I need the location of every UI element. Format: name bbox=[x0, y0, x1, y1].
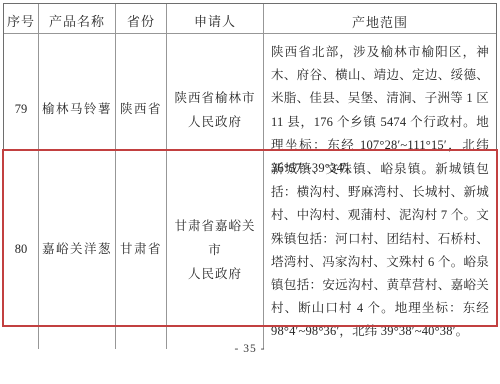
cell-province: 甘肃省 bbox=[116, 151, 167, 349]
page-number: - 35 - bbox=[0, 343, 500, 355]
cell-serial-no: 80 bbox=[4, 151, 39, 349]
geographical-indication-products-table: 序号 产品名称 省份 申请人 产地范围 79 榆林马铃薯 陕西省 陕西省榆林市 … bbox=[3, 3, 497, 326]
cell-production-area: 新城镇、文殊镇、峪泉镇。新城镇包括：横沟村、野麻湾村、长城村、新城村、中沟村、观… bbox=[264, 151, 496, 349]
table-row-79: 79 榆林马铃薯 陕西省 陕西省榆林市 人民政府 陕西省北部，涉及榆林市榆阳区，… bbox=[4, 34, 496, 151]
table-header-row: 序号 产品名称 省份 申请人 产地范围 bbox=[4, 4, 496, 34]
cell-applicant: 甘肃省嘉峪关市 人民政府 bbox=[167, 151, 264, 349]
table-row-80-highlighted: 80 嘉峪关洋葱 甘肃省 甘肃省嘉峪关市 人民政府 新城镇、文殊镇、峪泉镇。新城… bbox=[4, 151, 496, 325]
cell-product-name: 嘉峪关洋葱 bbox=[39, 151, 116, 349]
